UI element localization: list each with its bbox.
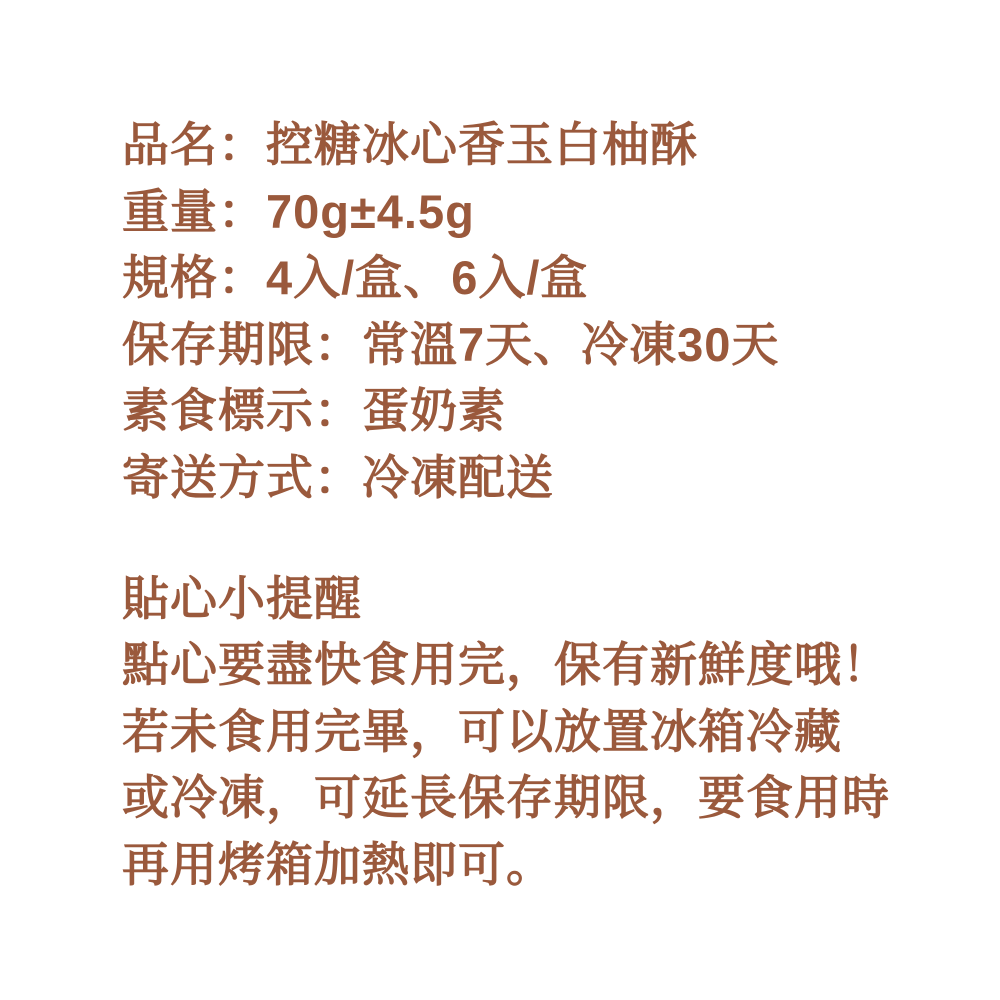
reminder-line-1: 點心要盡快食用完，保有新鮮度哦！ [122, 632, 942, 699]
spec-line-package-format: 規格：4入/盒、6入/盒 [122, 245, 942, 312]
spec-line-shelf-life: 保存期限：常溫7天、冷凍30天 [122, 312, 942, 379]
spec-line-product-name: 品名：控糖冰心香玉白柚酥 [122, 112, 942, 179]
product-spec-list: 品名：控糖冰心香玉白柚酥 重量：70g±4.5g 規格：4入/盒、6入/盒 保存… [122, 112, 942, 512]
product-info-page: { "page": { "background_color": "#ffffff… [0, 0, 1000, 1000]
reminder-line-4: 再用烤箱加熱即可。 [122, 832, 942, 899]
spec-line-vegetarian-label: 素食標示：蛋奶素 [122, 378, 942, 445]
reminder-line-2: 若未食用完畢，可以放置冰箱冷藏 [122, 699, 942, 766]
reminder-title: 貼心小提醒 [122, 566, 942, 633]
spec-line-weight: 重量：70g±4.5g [122, 179, 942, 246]
product-description: 品名：控糖冰心香玉白柚酥 重量：70g±4.5g 規格：4入/盒、6入/盒 保存… [122, 112, 942, 899]
reminder-section: 貼心小提醒 點心要盡快食用完，保有新鮮度哦！ 若未食用完畢，可以放置冰箱冷藏 或… [122, 566, 942, 899]
reminder-line-3: 或冷凍，可延長保存期限，要食用時 [122, 765, 942, 832]
spec-line-shipping-method: 寄送方式：冷凍配送 [122, 445, 942, 512]
